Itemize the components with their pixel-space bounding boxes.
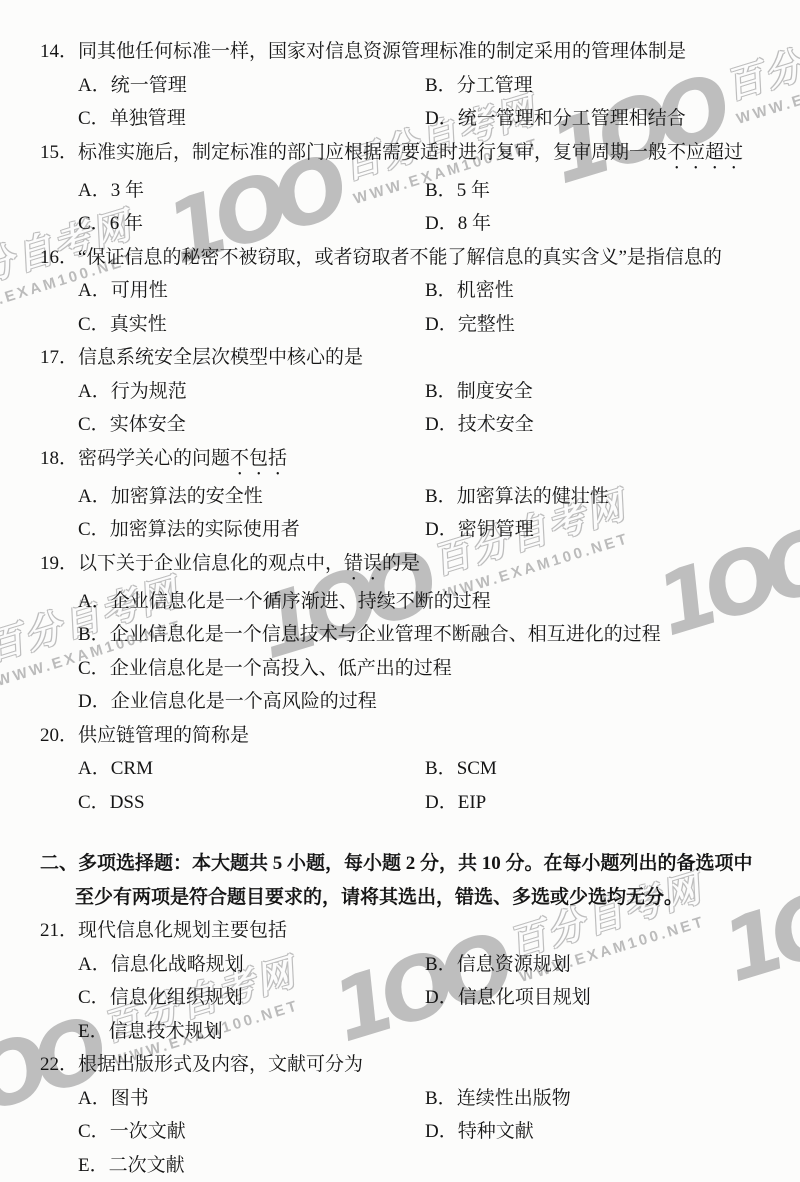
option-row: D．企业信息化是一个高风险的过程 (40, 685, 784, 719)
option-label: D． (425, 987, 458, 1008)
option-cell: D．企业信息化是一个高风险的过程 (78, 685, 784, 719)
option-text: 6 年 (110, 213, 143, 234)
option-cell: A．3 年 (78, 174, 425, 208)
option-D: D．统一管理和分工管理相结合 (425, 108, 686, 129)
exam-page: 1OO百分自考网WWW.EXAM100.NET1OO百分自考网WWW.EXAM1… (0, 0, 800, 1182)
option-text: 一次文献 (110, 1121, 186, 1142)
option-D: D．EIP (425, 792, 486, 813)
option-text: 可用性 (111, 280, 168, 301)
option-label: A． (78, 591, 111, 612)
option-cell: A．加密算法的安全性 (78, 480, 425, 514)
option-cell: B．机密性 (425, 274, 784, 308)
option-C: C．信息化组织规划 (78, 987, 243, 1008)
option-label: A． (78, 180, 111, 201)
option-row: A．统一管理B．分工管理 (40, 69, 784, 103)
option-label: A． (78, 381, 111, 402)
stem-segment: 标准实施后，制定标准的部门应根据需要适时进行复审，复审周期一般 (78, 142, 667, 163)
option-row: C．真实性D．完整性 (40, 308, 784, 342)
option-cell: B．加密算法的健壮性 (425, 480, 784, 514)
option-label: B． (425, 1088, 457, 1109)
option-cell: D．密钥管理 (425, 513, 784, 547)
option-label: A． (78, 75, 111, 96)
option-D: D．特种文献 (425, 1121, 534, 1142)
question-stem: 18．密码学关心的问题不包括 (40, 442, 784, 480)
question-stem: 20．供应链管理的简称是 (40, 719, 784, 753)
question-number: 21． (40, 920, 78, 941)
option-B: B．分工管理 (425, 75, 533, 96)
option-row: C．实体安全D．技术安全 (40, 408, 784, 442)
option-cell: E．二次文献 (78, 1149, 425, 1182)
option-text: 统一管理 (111, 75, 187, 96)
option-B: B．5 年 (425, 180, 490, 201)
option-B: B．机密性 (425, 280, 514, 301)
option-B: B．企业信息化是一个信息技术与企业管理不断融合、相互进化的过程 (78, 624, 661, 645)
option-label: C． (78, 792, 110, 813)
option-B: B．制度安全 (425, 381, 533, 402)
section-header-line: 至少有两项是符合题目要求的，请将其选出，错选、多选或少选均无分。 (40, 881, 784, 915)
stem-segment: 供应链管理的简称是 (78, 725, 249, 746)
option-label: C． (78, 108, 110, 129)
option-cell: D．技术安全 (425, 408, 784, 442)
option-cell: B．企业信息化是一个信息技术与企业管理不断融合、相互进化的过程 (78, 618, 784, 652)
option-row: A．加密算法的安全性B．加密算法的健壮性 (40, 480, 784, 514)
option-text: 加密算法的实际使用者 (110, 519, 300, 540)
option-text: 单独管理 (110, 108, 186, 129)
option-label: B． (78, 624, 110, 645)
option-cell: D．完整性 (425, 308, 784, 342)
option-row: E．二次文献 (40, 1149, 784, 1182)
option-label: A． (78, 1088, 111, 1109)
option-A: A．图书 (78, 1088, 149, 1109)
option-cell: B．5 年 (425, 174, 784, 208)
option-text: 密钥管理 (458, 519, 534, 540)
option-row: B．企业信息化是一个信息技术与企业管理不断融合、相互进化的过程 (40, 618, 784, 652)
option-label: D． (78, 691, 111, 712)
option-cell: A．统一管理 (78, 69, 425, 103)
option-D: D．企业信息化是一个高风险的过程 (78, 691, 377, 712)
option-label: D． (425, 314, 458, 335)
option-label: E． (78, 1021, 109, 1042)
option-text: 实体安全 (110, 414, 186, 435)
option-cell: C．一次文献 (78, 1115, 425, 1149)
option-A: A．统一管理 (78, 75, 187, 96)
option-row: A．图书B．连续性出版物 (40, 1082, 784, 1116)
option-label: C． (78, 414, 110, 435)
option-B: B．信息资源规划 (425, 954, 571, 975)
question-number: 14． (40, 41, 78, 62)
option-row: C．单独管理D．统一管理和分工管理相结合 (40, 102, 784, 136)
option-cell: C．信息化组织规划 (78, 981, 425, 1015)
option-C: C．6 年 (78, 213, 143, 234)
option-E: E．二次文献 (78, 1155, 185, 1176)
option-text: 加密算法的安全性 (111, 486, 263, 507)
option-row: E．信息技术规划 (40, 1015, 784, 1049)
option-text: 真实性 (110, 314, 167, 335)
option-label: C． (78, 314, 110, 335)
stem-segment: 不包括 (230, 448, 287, 469)
option-cell: D．EIP (425, 786, 784, 820)
option-E: E．信息技术规划 (78, 1021, 223, 1042)
question-number: 17． (40, 347, 78, 368)
option-label: B． (425, 75, 457, 96)
option-row: A．企业信息化是一个循序渐进、持续不断的过程 (40, 585, 784, 619)
option-text: 企业信息化是一个高风险的过程 (111, 691, 377, 712)
option-label: A． (78, 758, 111, 779)
option-D: D．密钥管理 (425, 519, 534, 540)
option-cell: C．真实性 (78, 308, 425, 342)
question-15: 15．标准实施后，制定标准的部门应根据需要适时进行复审，复审周期一般不应超过A．… (40, 136, 784, 241)
option-D: D．8 年 (425, 213, 491, 234)
option-text: 企业信息化是一个循序渐进、持续不断的过程 (111, 591, 491, 612)
option-D: D．信息化项目规划 (425, 987, 591, 1008)
option-label: D． (425, 213, 458, 234)
option-cell: A．信息化战略规划 (78, 948, 425, 982)
option-cell: B．SCM (425, 752, 784, 786)
question-21: 21．现代信息化规划主要包括A．信息化战略规划B．信息资源规划C．信息化组织规划… (40, 914, 784, 1048)
option-cell: C．实体安全 (78, 408, 425, 442)
option-text: 完整性 (458, 314, 515, 335)
option-label: C． (78, 658, 110, 679)
stem-segment: 的是 (382, 553, 420, 574)
option-row: C．6 年D．8 年 (40, 207, 784, 241)
option-C: C．真实性 (78, 314, 167, 335)
question-stem: 19．以下关于企业信息化的观点中，错误的是 (40, 547, 784, 585)
option-row: C．DSSD．EIP (40, 786, 784, 820)
stem-segment: 密码学关心的问题 (78, 448, 230, 469)
option-text: 二次文献 (109, 1155, 185, 1176)
question-20: 20．供应链管理的简称是A．CRMB．SCMC．DSSD．EIP (40, 719, 784, 820)
option-A: A．企业信息化是一个循序渐进、持续不断的过程 (78, 591, 491, 612)
option-cell: C．企业信息化是一个高投入、低产出的过程 (78, 652, 784, 686)
option-cell: C．DSS (78, 786, 425, 820)
option-A: A．行为规范 (78, 381, 187, 402)
option-label: D． (425, 1121, 458, 1142)
option-label: D． (425, 108, 458, 129)
option-text: 统一管理和分工管理相结合 (458, 108, 686, 129)
question-19: 19．以下关于企业信息化的观点中，错误的是A．企业信息化是一个循序渐进、持续不断… (40, 547, 784, 719)
option-label: C． (78, 213, 110, 234)
option-D: D．完整性 (425, 314, 515, 335)
section-header: 二、多项选择题：本大题共 5 小题，每小题 2 分，共 10 分。在每小题列出的… (40, 847, 784, 914)
option-C: C．企业信息化是一个高投入、低产出的过程 (78, 658, 452, 679)
option-cell: D．8 年 (425, 207, 784, 241)
option-text: 企业信息化是一个高投入、低产出的过程 (110, 658, 452, 679)
option-text: EIP (458, 792, 487, 813)
question-stem: 16．“保证信息的秘密不被窃取，或者窃取者不能了解信息的真实含义”是指信息的 (40, 241, 784, 275)
option-cell: C．6 年 (78, 207, 425, 241)
option-label: D． (425, 414, 458, 435)
question-number: 19． (40, 553, 78, 574)
option-label: C． (78, 519, 110, 540)
option-cell: A．可用性 (78, 274, 425, 308)
option-row: C．一次文献D．特种文献 (40, 1115, 784, 1149)
option-C: C．DSS (78, 792, 145, 813)
option-text: 制度安全 (457, 381, 533, 402)
section-header-line: 二、多项选择题：本大题共 5 小题，每小题 2 分，共 10 分。在每小题列出的… (40, 847, 784, 881)
option-text: 5 年 (457, 180, 490, 201)
question-stem: 21．现代信息化规划主要包括 (40, 914, 784, 948)
option-D: D．技术安全 (425, 414, 534, 435)
option-text: CRM (111, 758, 153, 779)
option-cell: B．连续性出版物 (425, 1082, 784, 1116)
option-text: DSS (110, 792, 145, 813)
option-text: 行为规范 (111, 381, 187, 402)
option-label: E． (78, 1155, 109, 1176)
option-text: 企业信息化是一个信息技术与企业管理不断融合、相互进化的过程 (110, 624, 661, 645)
stem-segment: 信息系统安全层次模型中核心的是 (78, 347, 363, 368)
option-cell: A．行为规范 (78, 375, 425, 409)
option-text: 连续性出版物 (457, 1088, 571, 1109)
question-stem: 15．标准实施后，制定标准的部门应根据需要适时进行复审，复审周期一般不应超过 (40, 136, 784, 174)
stem-segment: 错误 (344, 553, 382, 574)
option-label: C． (78, 1121, 110, 1142)
option-cell: C．加密算法的实际使用者 (78, 513, 425, 547)
option-label: C． (78, 987, 110, 1008)
option-row: A．CRMB．SCM (40, 752, 784, 786)
option-B: B．连续性出版物 (425, 1088, 571, 1109)
question-17: 17．信息系统安全层次模型中核心的是A．行为规范B．制度安全C．实体安全D．技术… (40, 341, 784, 442)
stem-segment: 现代信息化规划主要包括 (78, 920, 287, 941)
option-cell: C．单独管理 (78, 102, 425, 136)
option-text: 加密算法的健壮性 (457, 486, 609, 507)
question-number: 16． (40, 247, 78, 268)
option-row: A．行为规范B．制度安全 (40, 375, 784, 409)
option-label: A． (78, 280, 111, 301)
question-16: 16．“保证信息的秘密不被窃取，或者窃取者不能了解信息的真实含义”是指信息的A．… (40, 241, 784, 342)
option-text: 信息技术规划 (109, 1021, 223, 1042)
option-cell: D．统一管理和分工管理相结合 (425, 102, 784, 136)
option-text: 分工管理 (457, 75, 533, 96)
option-label: A． (78, 486, 111, 507)
option-A: A．信息化战略规划 (78, 954, 244, 975)
option-text: 机密性 (457, 280, 514, 301)
option-text: 信息化组织规划 (110, 987, 243, 1008)
option-text: 图书 (111, 1088, 149, 1109)
question-number: 20． (40, 725, 78, 746)
option-A: A．3 年 (78, 180, 144, 201)
option-text: 信息化项目规划 (458, 987, 591, 1008)
option-label: B． (425, 381, 457, 402)
option-label: B． (425, 486, 457, 507)
stem-segment: 同其他任何标准一样，国家对信息资源管理标准的制定采用的管理体制是 (78, 41, 686, 62)
option-text: 3 年 (111, 180, 144, 201)
option-A: A．CRM (78, 758, 153, 779)
option-A: A．可用性 (78, 280, 168, 301)
option-cell: B．信息资源规划 (425, 948, 784, 982)
option-label: D． (425, 792, 458, 813)
option-cell: B．制度安全 (425, 375, 784, 409)
option-C: C．实体安全 (78, 414, 186, 435)
option-row: A．可用性B．机密性 (40, 274, 784, 308)
stem-segment: 根据出版形式及内容，文献可分为 (78, 1054, 363, 1075)
option-cell: A．图书 (78, 1082, 425, 1116)
option-B: B．加密算法的健壮性 (425, 486, 609, 507)
option-text: SCM (457, 758, 497, 779)
option-label: B． (425, 954, 457, 975)
option-cell: D．信息化项目规划 (425, 981, 784, 1015)
stem-segment: 不应超过 (667, 142, 743, 163)
option-row: A．信息化战略规划B．信息资源规划 (40, 948, 784, 982)
question-14: 14．同其他任何标准一样，国家对信息资源管理标准的制定采用的管理体制是A．统一管… (40, 35, 784, 136)
option-label: B． (425, 280, 457, 301)
option-cell: A．企业信息化是一个循序渐进、持续不断的过程 (78, 585, 784, 619)
question-stem: 17．信息系统安全层次模型中核心的是 (40, 341, 784, 375)
option-cell: E．信息技术规划 (78, 1015, 425, 1049)
option-row: C．加密算法的实际使用者D．密钥管理 (40, 513, 784, 547)
option-label: D． (425, 519, 458, 540)
option-text: 信息资源规划 (457, 954, 571, 975)
option-row: C．企业信息化是一个高投入、低产出的过程 (40, 652, 784, 686)
option-text: 8 年 (458, 213, 491, 234)
option-cell: A．CRM (78, 752, 425, 786)
option-label: B． (425, 758, 457, 779)
question-stem: 22．根据出版形式及内容，文献可分为 (40, 1048, 784, 1082)
option-B: B．SCM (425, 758, 497, 779)
stem-segment: 以下关于企业信息化的观点中， (78, 553, 344, 574)
option-label: B． (425, 180, 457, 201)
option-text: 特种文献 (458, 1121, 534, 1142)
exam-content: 14．同其他任何标准一样，国家对信息资源管理标准的制定采用的管理体制是A．统一管… (0, 0, 800, 1182)
question-number: 15． (40, 142, 78, 163)
option-C: C．一次文献 (78, 1121, 186, 1142)
option-C: C．加密算法的实际使用者 (78, 519, 300, 540)
option-cell: D．特种文献 (425, 1115, 784, 1149)
option-text: 信息化战略规划 (111, 954, 244, 975)
option-cell: B．分工管理 (425, 69, 784, 103)
option-C: C．单独管理 (78, 108, 186, 129)
option-row: A．3 年B．5 年 (40, 174, 784, 208)
option-A: A．加密算法的安全性 (78, 486, 263, 507)
stem-segment: “保证信息的秘密不被窃取，或者窃取者不能了解信息的真实含义”是指信息的 (78, 247, 722, 268)
option-label: A． (78, 954, 111, 975)
question-number: 18． (40, 448, 78, 469)
question-18: 18．密码学关心的问题不包括A．加密算法的安全性B．加密算法的健壮性C．加密算法… (40, 442, 784, 547)
question-22: 22．根据出版形式及内容，文献可分为A．图书B．连续性出版物C．一次文献D．特种… (40, 1048, 784, 1182)
option-row: C．信息化组织规划D．信息化项目规划 (40, 981, 784, 1015)
question-stem: 14．同其他任何标准一样，国家对信息资源管理标准的制定采用的管理体制是 (40, 35, 784, 69)
question-number: 22． (40, 1054, 78, 1075)
option-text: 技术安全 (458, 414, 534, 435)
